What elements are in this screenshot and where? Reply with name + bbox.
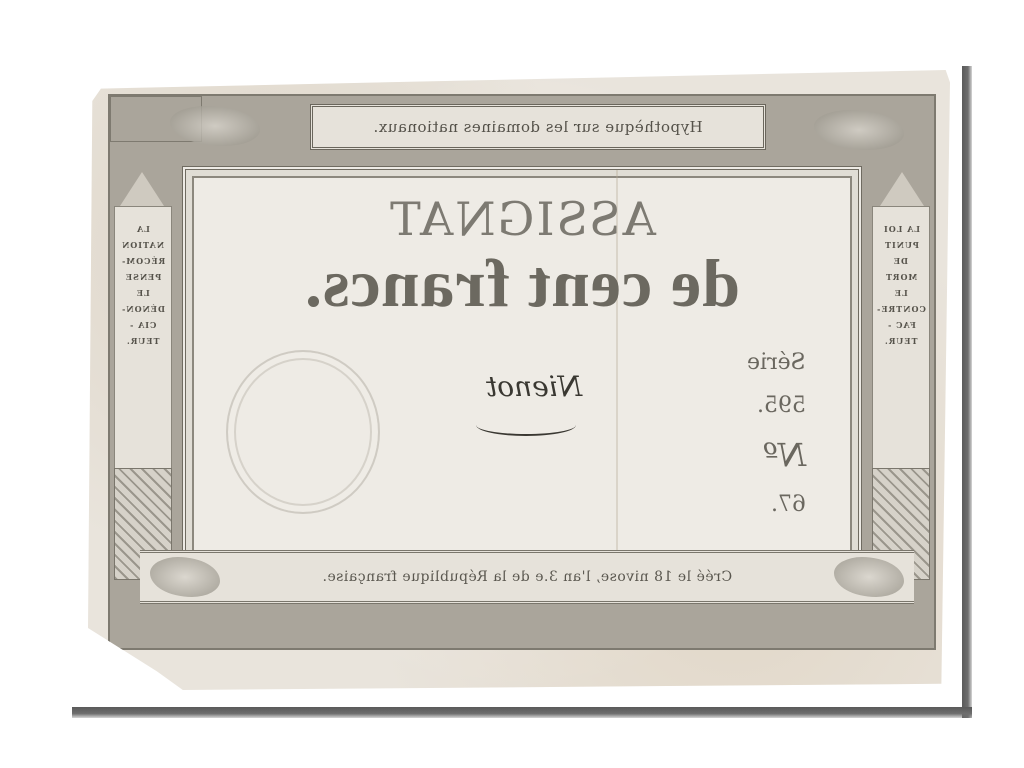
signature: Nienot (486, 370, 582, 403)
header-text: Hypothèque sur les domaines nationaux. (373, 118, 703, 136)
denomination-value: de cent francs. (304, 244, 740, 323)
left-motto-line: TEUR. (126, 333, 159, 349)
left-motto-line: RÉCOM- (121, 253, 165, 269)
right-motto-line: MORT (885, 269, 917, 285)
embossed-seal (226, 350, 380, 514)
central-panel: ASSIGNAT de cent francs. Nienot Série 59… (182, 166, 862, 588)
signature-flourish (476, 414, 576, 436)
signature-text: Nienot (486, 370, 582, 403)
footer-text: Créé le 18 nivose, l'an 3.e de la Républ… (322, 569, 732, 585)
serial-block: Série 595. Nº 67. (747, 350, 806, 535)
right-motto-column: LA LOI PUNIT DE MORT LE CONTRE- FAC - TE… (872, 206, 930, 482)
right-motto-line: LE (894, 285, 908, 301)
left-motto-line: LE (136, 285, 150, 301)
numero-label: Nº (763, 436, 806, 474)
assignat-title-text: ASSIGNAT (388, 192, 656, 246)
left-motto-line: DÉNON- (121, 301, 165, 317)
serie-label: Série (747, 350, 806, 375)
left-motto-line: PENSE (125, 269, 161, 285)
numero-value: 67. (771, 492, 806, 517)
header-cartouche: Hypothèque sur les domaines nationaux. (310, 104, 766, 150)
right-motto-line: PUNIT (884, 237, 919, 253)
left-motto-line: NATION (121, 237, 164, 253)
right-motto-line: FAC - (887, 317, 916, 333)
banknote: Hypothèque sur les domaines nationaux. L… (88, 70, 950, 690)
right-motto-line: TEUR. (884, 333, 917, 349)
right-motto-line: DE (893, 253, 908, 269)
drop-shadow-bottom (72, 707, 972, 718)
right-motto-line: CONTRE- (876, 301, 926, 317)
footer-vignette-left (150, 557, 220, 597)
pyramid-ornament-left (114, 126, 170, 206)
denomination-text: de cent francs. (186, 244, 858, 323)
serie-number: 595. (757, 393, 806, 418)
footer-cartouche: Créé le 18 nivose, l'an 3.e de la Républ… (140, 550, 914, 604)
left-motto-column: LA NATION RÉCOM- PENSE LE DÉNON- CIA - T… (114, 206, 172, 482)
drop-shadow-right (962, 66, 972, 718)
pyramid-ornament-right (874, 126, 930, 206)
footer-vignette-right (834, 557, 904, 597)
assignat-title: ASSIGNAT (186, 192, 858, 246)
left-motto-line: LA (136, 221, 150, 237)
right-motto-line: LA LOI (883, 221, 920, 237)
left-motto-line: CIA - (129, 317, 156, 333)
engraved-border: Hypothèque sur les domaines nationaux. L… (108, 94, 936, 650)
